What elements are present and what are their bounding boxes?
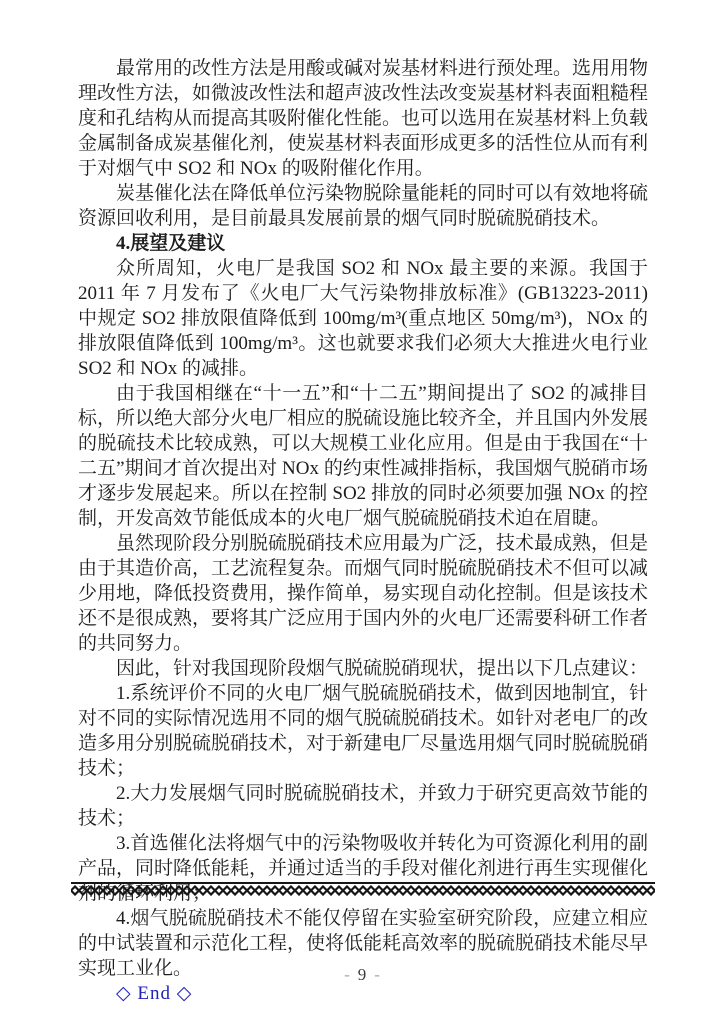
- page-footer: -9-: [0, 964, 724, 986]
- paragraph-emission-standards: 众所周知，火电厂是我国 SO2 和 NOx 最主要的来源。我国于 2011 年 …: [78, 256, 648, 381]
- paragraph-carbon-catalysis: 炭基催化法在降低单位污染物脱除量能耗的同时可以有效地将硫资源回收利用，是目前最具…: [78, 181, 648, 231]
- page-number-dash-left: -: [344, 965, 350, 984]
- list-item-2: 2.大力发展烟气同时脱硫脱硝技术，并致力于研究更高效节能的技术；: [78, 781, 648, 831]
- zigzag-pattern-icon: [71, 885, 655, 896]
- section-heading-outlook: 4.展望及建议: [78, 231, 648, 256]
- list-item-1: 1.系统评价不同的火电厂烟气脱硫脱硝技术，做到因地制宜，针对不同的实际情况选用不…: [78, 681, 648, 781]
- page-number: 9: [358, 965, 367, 984]
- divider-top-line: [71, 882, 655, 884]
- paragraph-modification-methods: 最常用的改性方法是用酸或碱对炭基材料进行预处理。选用用物理改性方法，如微波改性法…: [78, 56, 648, 181]
- paragraph-suggestions-intro: 因此，针对我国现阶段烟气脱硫脱硝现状，提出以下几点建议：: [78, 656, 648, 681]
- paragraph-five-year-plans: 由于我国相继在“十一五”和“十二五”期间提出了 SO2 的减排目标，所以绝大部分…: [78, 381, 648, 531]
- document-page: 最常用的改性方法是用酸或碱对炭基材料进行预处理。选用用物理改性方法，如微波改性法…: [0, 0, 724, 1024]
- paragraph-technology-maturity: 虽然现阶段分别脱硫脱硝技术应用最为广泛，技术最成熟，但是由于其造价高，工艺流程复…: [78, 531, 648, 656]
- document-body: 最常用的改性方法是用酸或碱对炭基材料进行预处理。选用用物理改性方法，如微波改性法…: [78, 56, 648, 1006]
- page-number-dash-right: -: [374, 965, 380, 984]
- divider-zigzag: [71, 882, 655, 896]
